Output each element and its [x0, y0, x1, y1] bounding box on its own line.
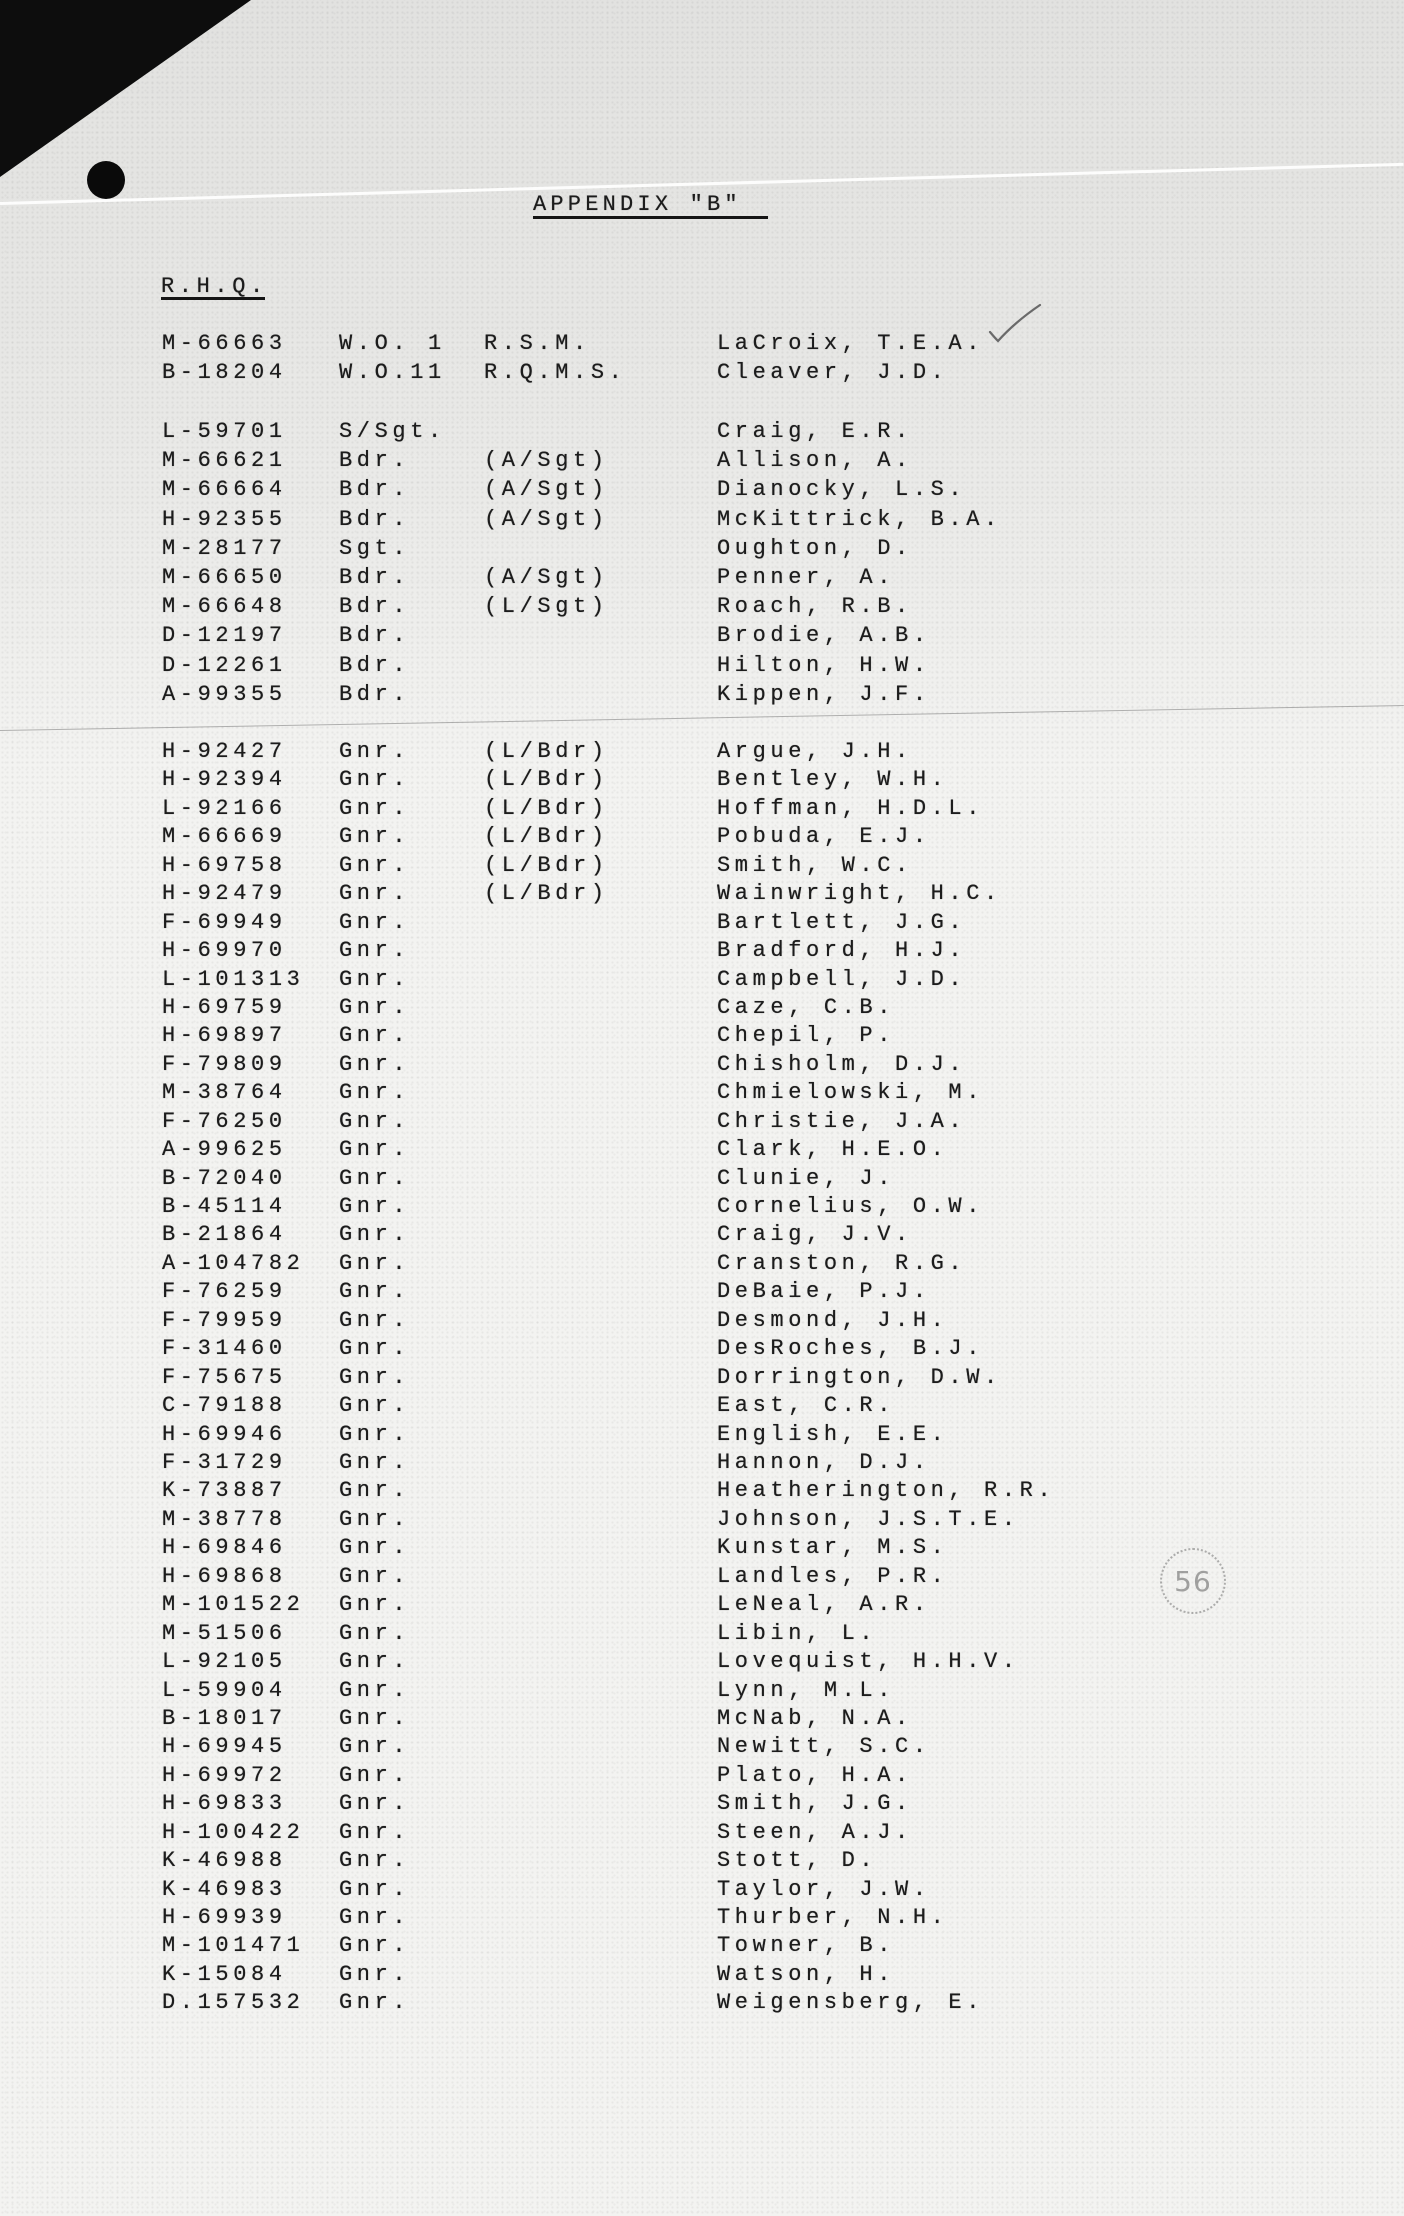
service-number: F-79959	[162, 1310, 287, 1332]
service-number: F-75675	[162, 1367, 287, 1389]
member-name: Chisholm, D.J.	[717, 1054, 966, 1076]
rank: Gnr.	[339, 741, 410, 763]
rank: Gnr.	[339, 1992, 410, 2014]
member-name: Christie, J.A.	[717, 1111, 966, 1133]
member-name: Libin, L.	[717, 1623, 877, 1645]
rank: Gnr.	[339, 1964, 410, 1986]
rank: Gnr.	[339, 1708, 410, 1730]
member-name: Bartlett, J.G.	[717, 912, 966, 934]
rank: Bdr.	[339, 509, 410, 531]
service-number: L-101313	[162, 969, 304, 991]
member-name: Johnson, J.S.T.E.	[717, 1509, 1020, 1531]
rank: Gnr.	[339, 855, 410, 877]
member-name: Lovequist, H.H.V.	[717, 1651, 1020, 1673]
member-name: Campbell, J.D.	[717, 969, 966, 991]
rank: Gnr.	[339, 1224, 410, 1246]
rank: Gnr.	[339, 969, 410, 991]
rank: Gnr.	[339, 1793, 410, 1815]
member-name: English, E.E.	[717, 1424, 948, 1446]
service-number: M-66664	[162, 479, 287, 501]
service-number: M-28177	[162, 538, 287, 560]
member-name: Hoffman, H.D.L.	[717, 798, 984, 820]
member-name: Chepil, P.	[717, 1025, 895, 1047]
service-number: F-76259	[162, 1281, 287, 1303]
rank: Gnr.	[339, 1907, 410, 1929]
rank: Gnr.	[339, 1139, 410, 1161]
service-number: D-12197	[162, 625, 287, 647]
service-number: H-100422	[162, 1822, 304, 1844]
appointment: (L/Bdr)	[484, 798, 609, 820]
rank: W.O.11	[339, 362, 446, 384]
appointment: (L/Bdr)	[484, 769, 609, 791]
checkmark-icon	[985, 300, 1045, 345]
member-name: Lynn, M.L.	[717, 1680, 895, 1702]
rank: Gnr.	[339, 1367, 410, 1389]
title-underline	[533, 216, 768, 219]
member-name: Caze, C.B.	[717, 997, 895, 1019]
rank: Gnr.	[339, 1025, 410, 1047]
member-name: DeBaie, P.J.	[717, 1281, 931, 1303]
rank: Gnr.	[339, 1623, 410, 1645]
service-number: A-99625	[162, 1139, 287, 1161]
member-name: McNab, N.A.	[717, 1708, 913, 1730]
member-name: Cornelius, O.W.	[717, 1196, 984, 1218]
appointment: R.Q.M.S.	[484, 362, 626, 384]
rank: Gnr.	[339, 940, 410, 962]
service-number: L-59701	[162, 421, 287, 443]
rank: Gnr.	[339, 1054, 410, 1076]
member-name: Smith, W.C.	[717, 855, 913, 877]
service-number: H-69846	[162, 1537, 287, 1559]
service-number: F-31460	[162, 1338, 287, 1360]
punch-hole	[87, 161, 125, 199]
service-number: H-69897	[162, 1025, 287, 1047]
service-number: K-15084	[162, 1964, 287, 1986]
rank: Gnr.	[339, 1736, 410, 1758]
rank: Gnr.	[339, 1765, 410, 1787]
rank: Gnr.	[339, 1879, 410, 1901]
service-number: K-46988	[162, 1850, 287, 1872]
member-name: Hilton, H.W.	[717, 655, 931, 677]
appointment: (A/Sgt)	[484, 509, 609, 531]
member-name: Pobuda, E.J.	[717, 826, 931, 848]
rank: Gnr.	[339, 1822, 410, 1844]
member-name: Steen, A.J.	[717, 1822, 913, 1844]
rank: Gnr.	[339, 798, 410, 820]
service-number: B-45114	[162, 1196, 287, 1218]
service-number: F-79809	[162, 1054, 287, 1076]
member-name: LaCroix, T.E.A.	[717, 333, 984, 355]
member-name: Smith, J.G.	[717, 1793, 913, 1815]
appointment: (L/Bdr)	[484, 741, 609, 763]
rank: Gnr.	[339, 883, 410, 905]
rank: Gnr.	[339, 912, 410, 934]
service-number: L-59904	[162, 1680, 287, 1702]
rank: Bdr.	[339, 655, 410, 677]
rank: Gnr.	[339, 1338, 410, 1360]
service-number: H-69868	[162, 1566, 287, 1588]
rank: Gnr.	[339, 1935, 410, 1957]
rank: Gnr.	[339, 1850, 410, 1872]
member-name: McKittrick, B.A.	[717, 509, 1002, 531]
service-number: K-46983	[162, 1879, 287, 1901]
service-number: M-101522	[162, 1594, 304, 1616]
member-name: Brodie, A.B.	[717, 625, 931, 647]
rank: Gnr.	[339, 1509, 410, 1531]
service-number: M-51506	[162, 1623, 287, 1645]
service-number: M-38778	[162, 1509, 287, 1531]
rank: Bdr.	[339, 625, 410, 647]
rank: Gnr.	[339, 1651, 410, 1673]
service-number: B-18017	[162, 1708, 287, 1730]
appointment: (A/Sgt)	[484, 567, 609, 589]
rank: Bdr.	[339, 684, 410, 706]
rank: Bdr.	[339, 479, 410, 501]
service-number: C-79188	[162, 1395, 287, 1417]
service-number: F-31729	[162, 1452, 287, 1474]
member-name: Cranston, R.G.	[717, 1253, 966, 1275]
member-name: Stott, D.	[717, 1850, 877, 1872]
service-number: D-12261	[162, 655, 287, 677]
service-number: H-69939	[162, 1907, 287, 1929]
service-number: F-76250	[162, 1111, 287, 1133]
service-number: D.157532	[162, 1992, 304, 2014]
service-number: M-66621	[162, 450, 287, 472]
service-number: M-66669	[162, 826, 287, 848]
member-name: Clunie, J.	[717, 1168, 895, 1190]
rank: Gnr.	[339, 1480, 410, 1502]
rank: Gnr.	[339, 1395, 410, 1417]
rank: Gnr.	[339, 1680, 410, 1702]
rank: W.O. 1	[339, 333, 446, 355]
service-number: H-69946	[162, 1424, 287, 1446]
service-number: H-69758	[162, 855, 287, 877]
page-title: APPENDIX "B"	[533, 194, 742, 216]
rank: Gnr.	[339, 1281, 410, 1303]
rank: Gnr.	[339, 1168, 410, 1190]
rank: Gnr.	[339, 769, 410, 791]
rank: Bdr.	[339, 567, 410, 589]
member-name: LeNeal, A.R.	[717, 1594, 931, 1616]
rank: Gnr.	[339, 997, 410, 1019]
service-number: F-69949	[162, 912, 287, 934]
member-name: Wainwright, H.C.	[717, 883, 1002, 905]
service-number: M-66648	[162, 596, 287, 618]
rank: Gnr.	[339, 1537, 410, 1559]
member-name: Dianocky, L.S.	[717, 479, 966, 501]
service-number: H-92479	[162, 883, 287, 905]
member-name: East, C.R.	[717, 1395, 895, 1417]
service-number: M-101471	[162, 1935, 304, 1957]
appointment: (L/Sgt)	[484, 596, 609, 618]
member-name: Plato, H.A.	[717, 1765, 913, 1787]
member-name: Heatherington, R.R.	[717, 1480, 1055, 1502]
service-number: A-104782	[162, 1253, 304, 1275]
member-name: Oughton, D.	[717, 538, 913, 560]
member-name: Argue, J.H.	[717, 741, 913, 763]
appointment: (A/Sgt)	[484, 479, 609, 501]
appointment: (A/Sgt)	[484, 450, 609, 472]
service-number: H-69833	[162, 1793, 287, 1815]
member-name: Hannon, D.J.	[717, 1452, 931, 1474]
member-name: Allison, A.	[717, 450, 913, 472]
member-name: Desmond, J.H.	[717, 1310, 948, 1332]
rank: Gnr.	[339, 1082, 410, 1104]
member-name: Taylor, J.W.	[717, 1879, 931, 1901]
service-number: B-21864	[162, 1224, 287, 1246]
service-number: B-18204	[162, 362, 287, 384]
service-number: H-92427	[162, 741, 287, 763]
service-number: K-73887	[162, 1480, 287, 1502]
member-name: Craig, E.R.	[717, 421, 913, 443]
member-name: Cleaver, J.D.	[717, 362, 948, 384]
member-name: Craig, J.V.	[717, 1224, 913, 1246]
member-name: Landles, P.R.	[717, 1566, 948, 1588]
member-name: Newitt, S.C.	[717, 1736, 931, 1758]
rank: Gnr.	[339, 1253, 410, 1275]
service-number: L-92166	[162, 798, 287, 820]
appointment: (L/Bdr)	[484, 826, 609, 848]
member-name: DesRoches, B.J.	[717, 1338, 984, 1360]
member-name: Penner, A.	[717, 567, 895, 589]
margin-page-note: 56	[1160, 1548, 1226, 1614]
member-name: Clark, H.E.O.	[717, 1139, 948, 1161]
appointment: R.S.M.	[484, 333, 591, 355]
member-name: Bradford, H.J.	[717, 940, 966, 962]
appointment: (L/Bdr)	[484, 883, 609, 905]
service-number: H-69759	[162, 997, 287, 1019]
member-name: Dorrington, D.W.	[717, 1367, 1002, 1389]
member-name: Kippen, J.F.	[717, 684, 931, 706]
rank: Gnr.	[339, 1452, 410, 1474]
service-number: A-99355	[162, 684, 287, 706]
rank: Gnr.	[339, 1196, 410, 1218]
rank: Gnr.	[339, 1594, 410, 1616]
service-number: M-66650	[162, 567, 287, 589]
rank: Gnr.	[339, 1566, 410, 1588]
member-name: Roach, R.B.	[717, 596, 913, 618]
member-name: Kunstar, M.S.	[717, 1537, 948, 1559]
service-number: L-92105	[162, 1651, 287, 1673]
member-name: Thurber, N.H.	[717, 1907, 948, 1929]
section-heading-underline	[161, 297, 265, 300]
rank: Bdr.	[339, 450, 410, 472]
service-number: H-92394	[162, 769, 287, 791]
rank: Gnr.	[339, 1424, 410, 1446]
section-heading: R.H.Q.	[161, 276, 268, 298]
service-number: H-92355	[162, 509, 287, 531]
appointment: (L/Bdr)	[484, 855, 609, 877]
service-number: H-69970	[162, 940, 287, 962]
rank: Gnr.	[339, 1310, 410, 1332]
rank: Bdr.	[339, 596, 410, 618]
member-name: Towner, B.	[717, 1935, 895, 1957]
member-name: Bentley, W.H.	[717, 769, 948, 791]
service-number: H-69972	[162, 1765, 287, 1787]
service-number: H-69945	[162, 1736, 287, 1758]
service-number: M-66663	[162, 333, 287, 355]
rank: Gnr.	[339, 826, 410, 848]
rank: S/Sgt.	[339, 421, 446, 443]
service-number: B-72040	[162, 1168, 287, 1190]
rank: Gnr.	[339, 1111, 410, 1133]
member-name: Watson, H.	[717, 1964, 895, 1986]
member-name: Weigensberg, E.	[717, 1992, 984, 2014]
service-number: M-38764	[162, 1082, 287, 1104]
member-name: Chmielowski, M.	[717, 1082, 984, 1104]
rank: Sgt.	[339, 538, 410, 560]
